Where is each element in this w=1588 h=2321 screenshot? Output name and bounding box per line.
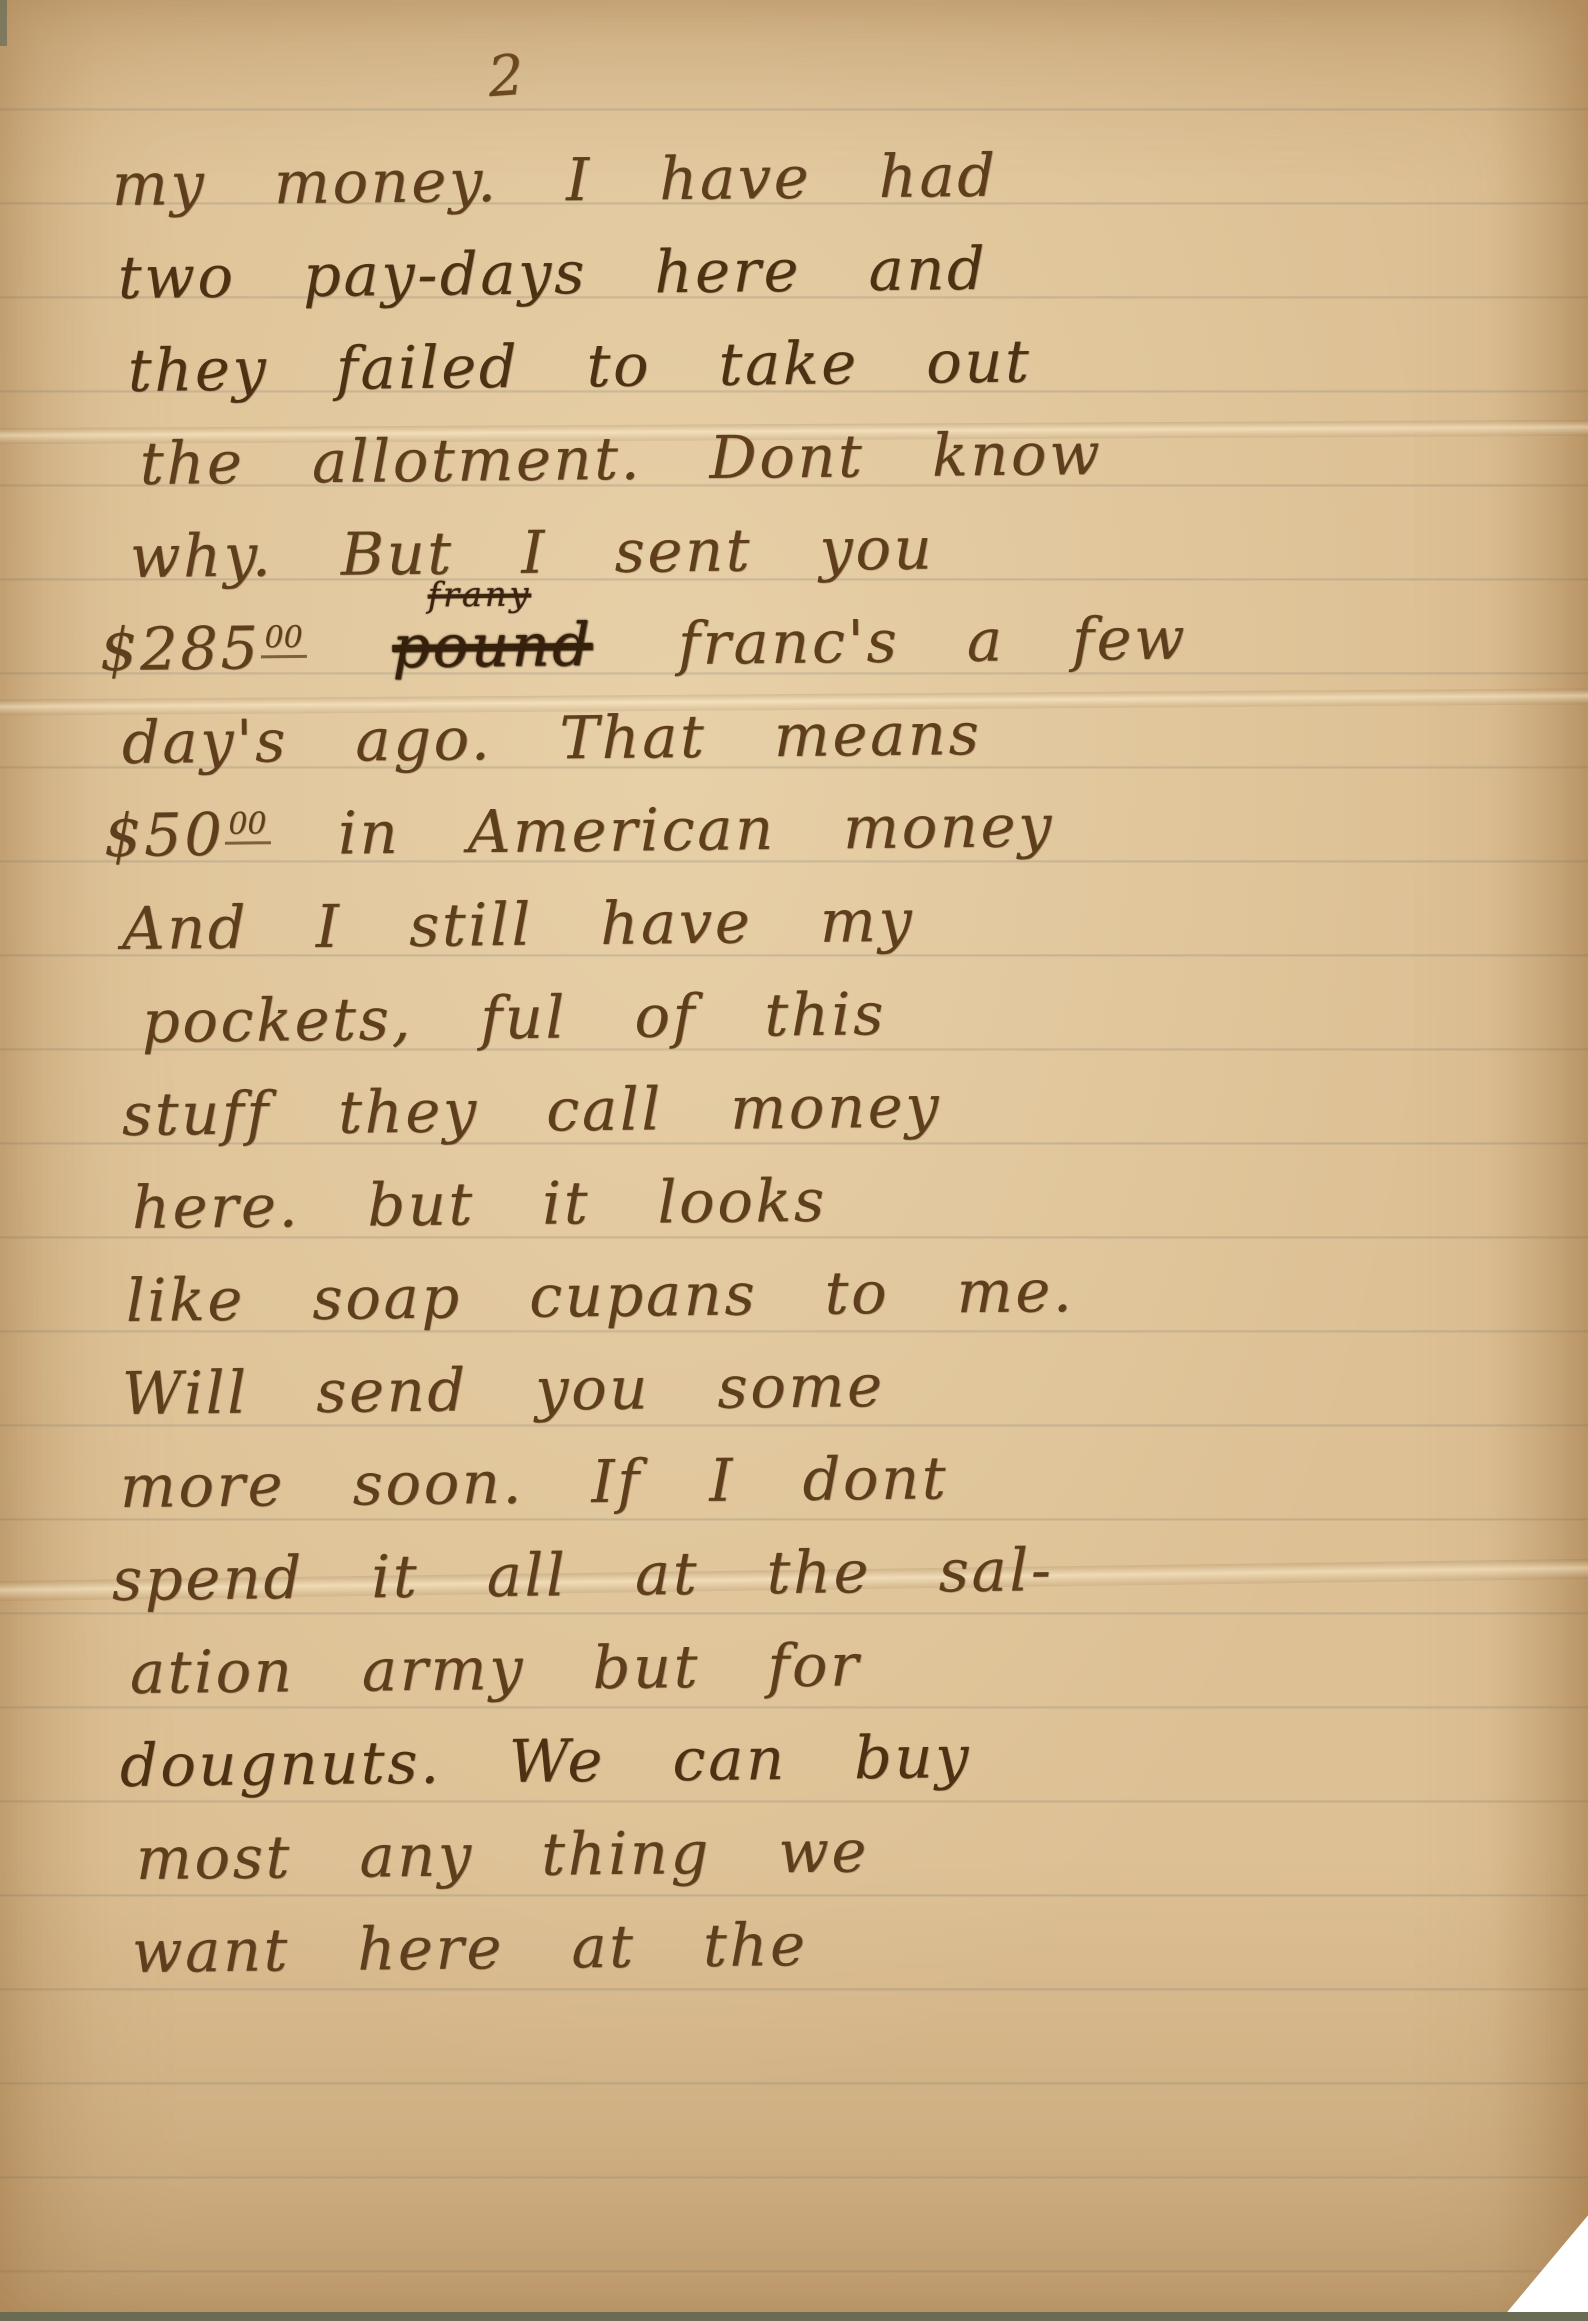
handwritten-line: why. But I sent you xyxy=(130,507,1553,615)
letter-scan-page: 2 my money. I have had two pay-days here… xyxy=(0,0,1588,2321)
handwritten-line: most any thing we xyxy=(136,1809,1553,1917)
scanner-background-sliver xyxy=(0,0,7,46)
line-continuation: in American money xyxy=(338,791,1055,867)
handwritten-line: ation army but for xyxy=(130,1623,1553,1731)
handwritten-line: here. but it looks xyxy=(132,1158,1553,1266)
handwritten-line: more soon. If I dont xyxy=(120,1437,1553,1545)
handwritten-line: day's ago. That means xyxy=(122,693,1553,801)
amount-cents-superscript: 00 xyxy=(224,807,271,845)
handwritten-line: want here at the xyxy=(132,1902,1553,2010)
handwritten-line: the allotment. Dont know xyxy=(140,414,1553,522)
amount-dollars: $50 xyxy=(104,800,225,870)
handwritten-line: pockets, ful of this xyxy=(142,972,1553,1080)
crossed-out-word-above: frany xyxy=(428,574,532,615)
amount-francs: $285 xyxy=(100,613,261,684)
handwritten-line: like soap cupans to me. xyxy=(126,1251,1553,1359)
handwritten-line: stuff they call money xyxy=(122,1065,1553,1173)
crossed-out-word: pound xyxy=(392,610,593,681)
line-continuation: franc's a few xyxy=(678,604,1188,678)
handwritten-line-amount-francs: $28500 frany pound franc's a few xyxy=(100,600,1553,708)
scanner-background-strip xyxy=(0,2312,1588,2321)
handwritten-line: Will send you some xyxy=(122,1344,1553,1452)
amount-cents-superscript: 00 xyxy=(260,620,307,658)
letter-body: my money. I have had two pay-days here a… xyxy=(100,150,1552,2010)
handwritten-line: two pay-days here and xyxy=(118,228,1553,336)
handwritten-line: spend it all at the sal- xyxy=(112,1530,1553,1638)
handwritten-line: dougnuts. We can buy xyxy=(120,1716,1553,1824)
handwritten-line: they failed to take out xyxy=(128,321,1553,429)
crossed-out-words: frany pound xyxy=(392,610,593,681)
handwritten-line: my money. I have had xyxy=(112,135,1553,243)
handwritten-line-amount-dollars: $5000 in American money xyxy=(104,786,1553,894)
page-number: 2 xyxy=(486,43,526,110)
handwritten-line: And I still have my xyxy=(122,879,1553,987)
